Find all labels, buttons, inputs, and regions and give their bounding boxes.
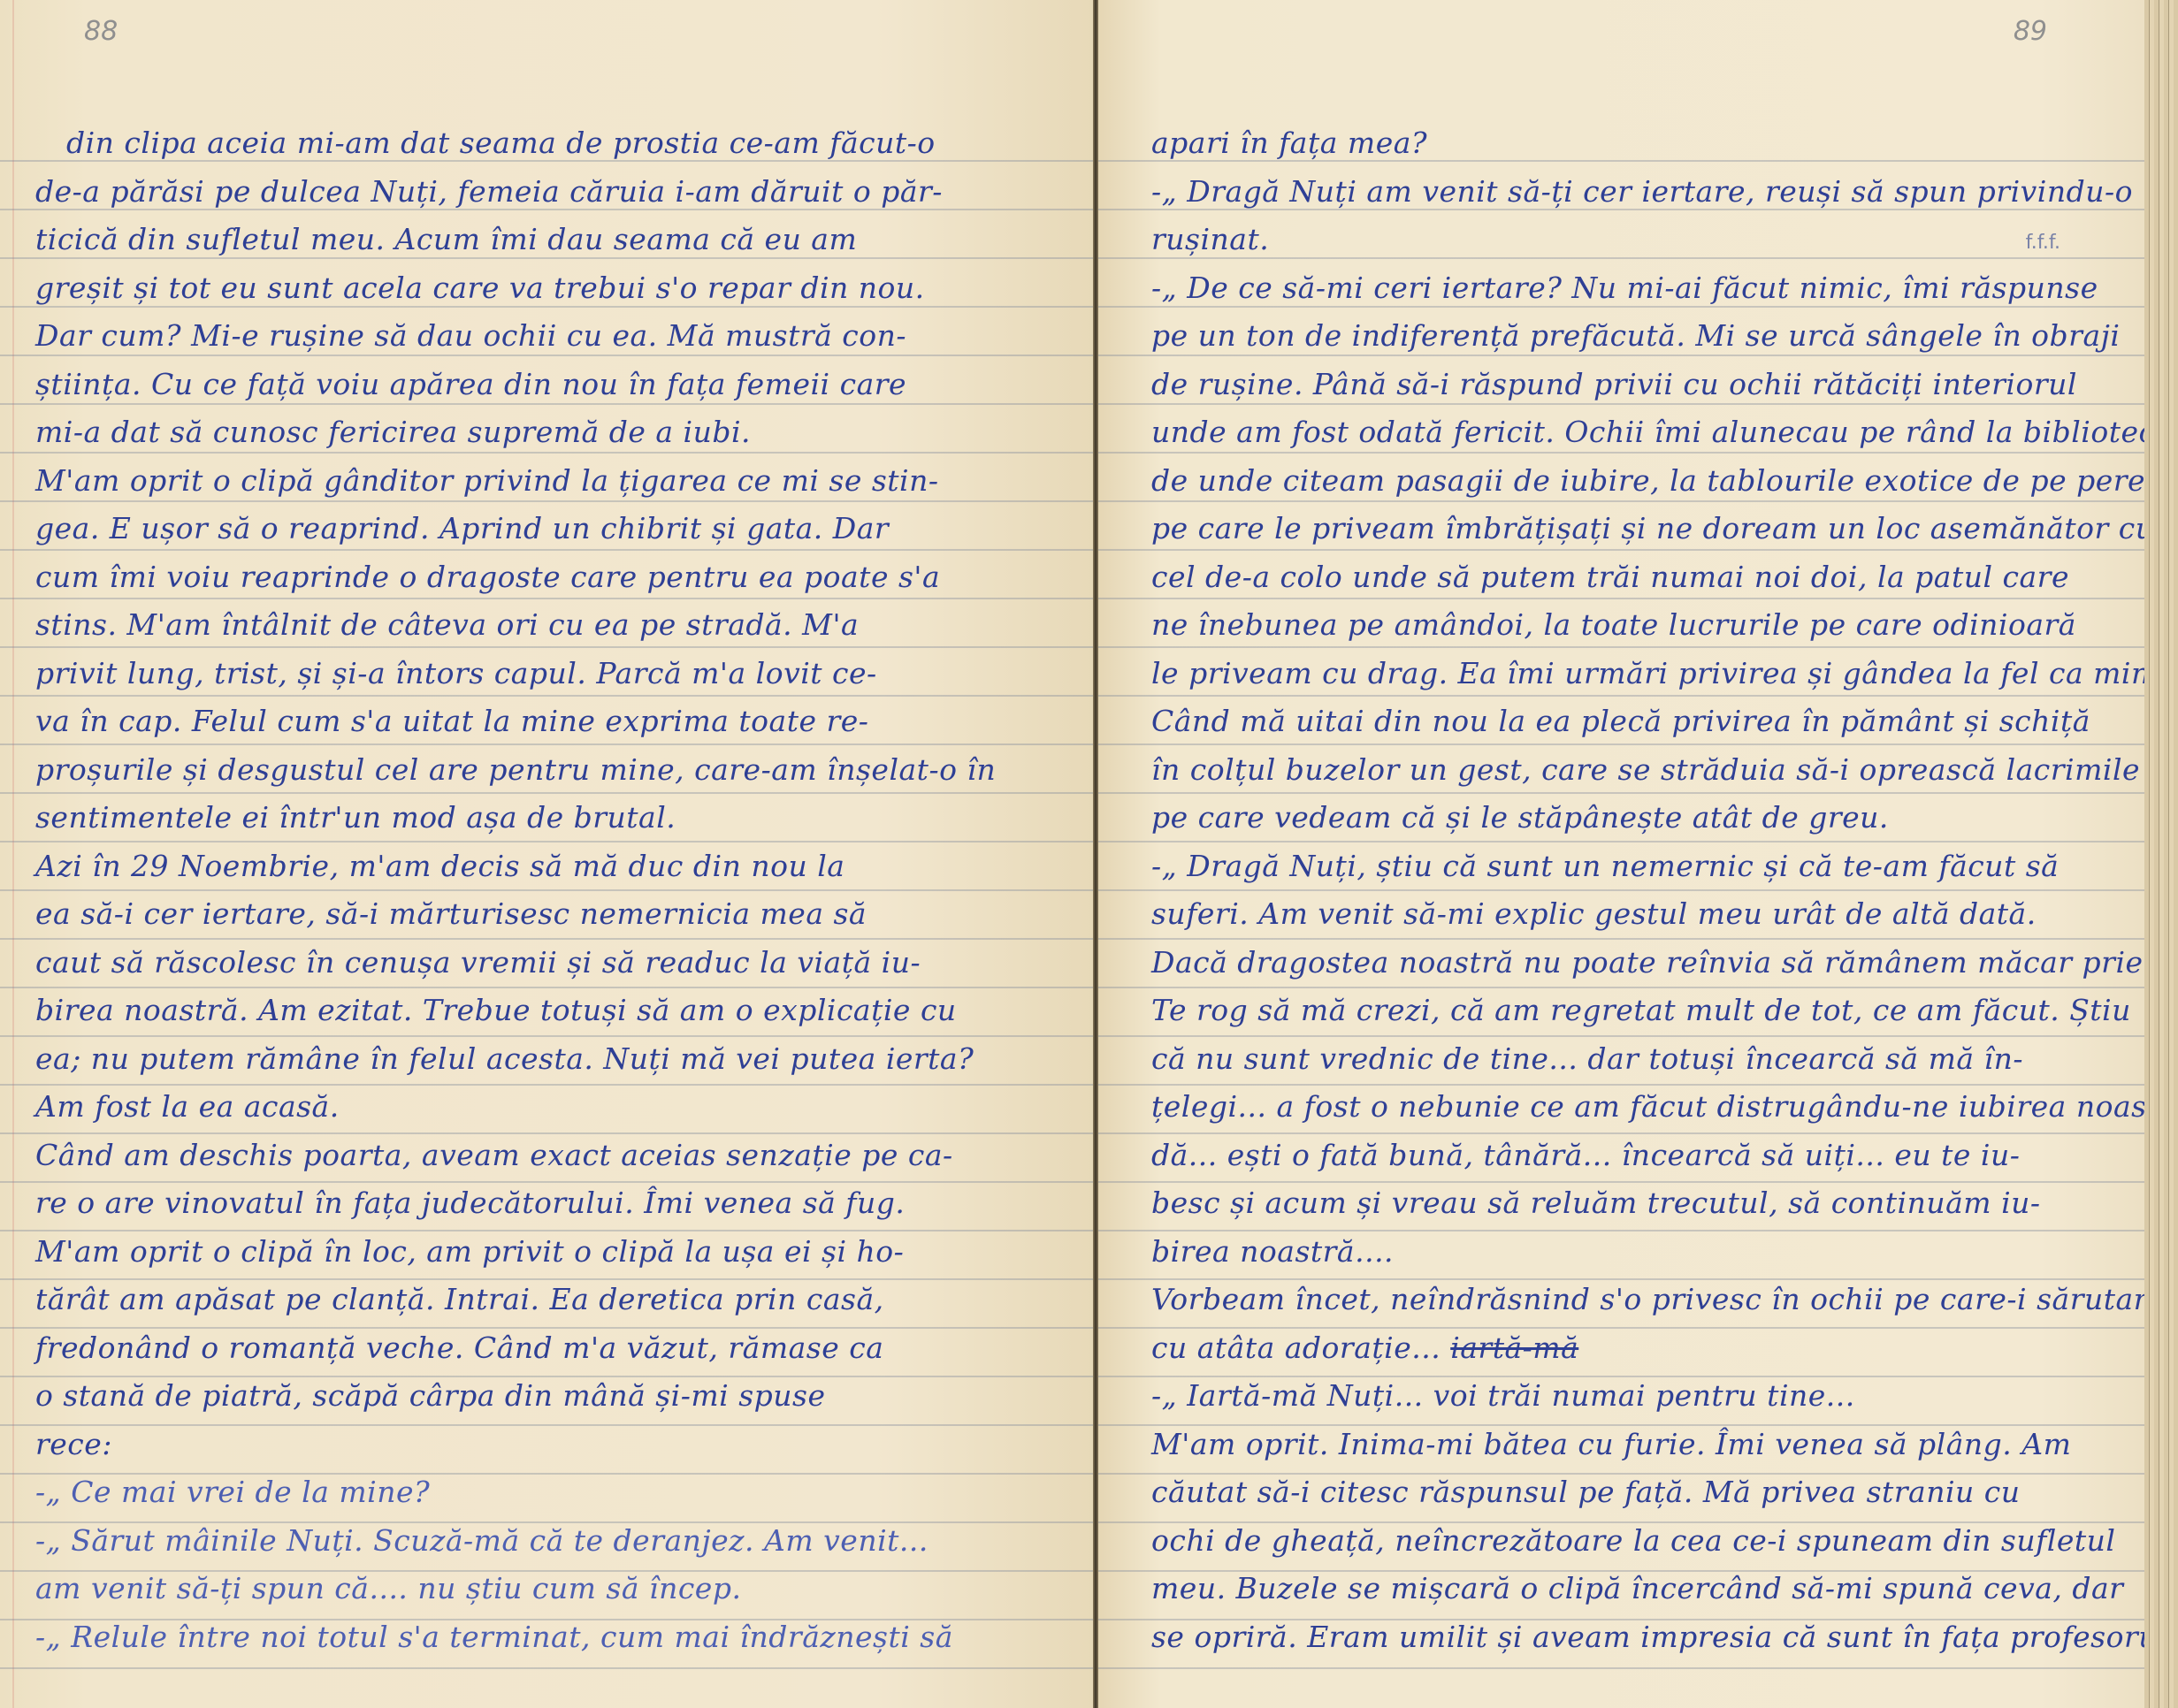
text-line: dă... ești o fată bună, tânără... încear…	[1098, 1127, 2144, 1176]
text-line: -„ Relule între noi totul s'a terminat, …	[0, 1609, 1095, 1658]
handwritten-text: apari în fața mea? -„ Dragă Nuți am veni…	[1098, 115, 2144, 1657]
text-line: gea. E ușor să o reaprind. Aprind un chi…	[0, 500, 1095, 549]
text-line: suferi. Am venit să-mi explic gestul meu…	[1098, 886, 2144, 934]
text-line: sentimentele ei într'un mod așa de bruta…	[0, 789, 1095, 838]
text-line: Dar cum? Mi-e rușine să dau ochii cu ea.…	[0, 308, 1095, 356]
text-line: cel de-a colo unde să putem trăi numai n…	[1098, 549, 2144, 598]
text-line: ochi de gheață, neîncrezătoare la cea ce…	[1098, 1513, 2144, 1561]
text-line: de unde citeam pasagii de iubire, la tab…	[1098, 453, 2144, 501]
text-line: căutat să-i citesc răspunsul pe față. Mă…	[1098, 1464, 2144, 1513]
text-line: -„ Ce mai vrei de la mine?	[0, 1464, 1095, 1513]
text-segment: cu atâta adorație...	[1151, 1331, 1441, 1365]
text-line: cum îmi voiu reaprinde o dragoste care p…	[0, 549, 1095, 598]
text-line: birea noastră. Am ezitat. Trebue totuși …	[0, 982, 1095, 1031]
text-line: pe un ton de indiferență prefăcută. Mi s…	[1098, 308, 2144, 356]
text-line: țelegi... a fost o nebunie ce am făcut d…	[1098, 1079, 2144, 1127]
text-line: M'am oprit o clipă în loc, am privit o c…	[0, 1224, 1095, 1272]
handwritten-text: din clipa aceia mi-am dat seama de prost…	[0, 115, 1095, 1657]
text-line: Azi în 29 Noembrie, m'am decis să mă duc…	[0, 838, 1095, 887]
text-line: fredonând o romanță veche. Când m'a văzu…	[0, 1320, 1095, 1369]
struck-text: iartă-mă	[1450, 1331, 1578, 1365]
text-line: o stană de piatră, scăpă cârpa din mână …	[0, 1368, 1095, 1416]
text-line: ticică din sufletul meu. Acum îmi dau se…	[0, 211, 1095, 260]
text-line: știința. Cu ce față voiu apărea din nou …	[0, 356, 1095, 405]
text-line: ne înebunea pe amândoi, la toate lucruri…	[1098, 597, 2144, 645]
text-line: pe care le priveam îmbrățișați și ne dor…	[1098, 500, 2144, 549]
text-line: -„ Dragă Nuți, știu că sunt un nemernic …	[1098, 838, 2144, 887]
text-line: se opriră. Eram umilit și aveam impresia…	[1098, 1609, 2144, 1658]
text-line: unde am fost odată fericit. Ochii îmi al…	[1098, 404, 2144, 453]
text-line: M'am oprit o clipă gânditor privind la ț…	[0, 453, 1095, 501]
text-line: privit lung, trist, și și-a întors capul…	[0, 645, 1095, 694]
text-line: -„ Sărut mâinile Nuți. Scuză-mă că te de…	[0, 1513, 1095, 1561]
page-number: 89	[2014, 16, 2047, 47]
text-line: de rușine. Până să-i răspund privii cu o…	[1098, 356, 2144, 405]
text-line: că nu sunt vrednic de tine... dar totuși…	[1098, 1031, 2144, 1079]
text-line: apari în fața mea?	[1098, 115, 2144, 164]
text-line: mi-a dat să cunosc fericirea supremă de …	[0, 404, 1095, 453]
text-line: caut să răscolesc în cenușa vremii și să…	[0, 934, 1095, 983]
text-line: -„ De ce să-mi ceri iertare? Nu mi-ai fă…	[1098, 260, 2144, 309]
left-page: 88 din clipa aceia mi-am dat seama de pr…	[0, 0, 1095, 1708]
text-line: de-a părăsi pe dulcea Nuți, femeia cărui…	[0, 164, 1095, 212]
text-line: Când am deschis poarta, aveam exact acei…	[0, 1127, 1095, 1176]
text-line: din clipa aceia mi-am dat seama de prost…	[0, 115, 1095, 164]
text-line: proșurile și desgustul cel are pentru mi…	[0, 742, 1095, 790]
text-line: -„ Iartă-mă Nuți... voi trăi numai pentr…	[1098, 1368, 2144, 1416]
text-line: le priveam cu drag. Ea îmi urmări privir…	[1098, 645, 2144, 694]
right-page: 89 f.f.f. apari în fața mea? -„ Dragă Nu…	[1098, 0, 2144, 1708]
text-line: în colțul buzelor un gest, care se străd…	[1098, 742, 2144, 790]
text-line: stins. M'am întâlnit de câteva ori cu ea…	[0, 597, 1095, 645]
text-line: M'am oprit. Inima-mi bătea cu furie. Îmi…	[1098, 1416, 2144, 1465]
text-line: -„ Dragă Nuți am venit să-ți cer iertare…	[1098, 164, 2144, 212]
stacked-page-edges	[2144, 0, 2178, 1708]
text-line: greșit și tot eu sunt acela care va treb…	[0, 260, 1095, 309]
text-line: am venit să-ți spun că.... nu știu cum s…	[0, 1560, 1095, 1609]
text-line: Dacă dragostea noastră nu poate reînvia …	[1098, 934, 2144, 983]
text-line: meu. Buzele se mișcară o clipă încercând…	[1098, 1560, 2144, 1609]
text-line: tărât am apăsat pe clanță. Intrai. Ea de…	[0, 1271, 1095, 1320]
text-line: besc și acum și vreau să reluăm trecutul…	[1098, 1175, 2144, 1224]
text-line: rușinat.	[1098, 211, 2144, 260]
text-line: re o are vinovatul în fața judecătorului…	[0, 1175, 1095, 1224]
page-number: 88	[84, 16, 118, 47]
text-line: rece:	[0, 1416, 1095, 1465]
text-line: birea noastră....	[1098, 1224, 2144, 1272]
text-line: va în cap. Felul cum s'a uitat la mine e…	[0, 693, 1095, 742]
text-line: ea să-i cer iertare, să-i mărturisesc ne…	[0, 886, 1095, 934]
text-line: ea; nu putem rămâne în felul acesta. Nuț…	[0, 1031, 1095, 1079]
text-line: Am fost la ea acasă.	[0, 1079, 1095, 1127]
text-line: cu atâta adorație... iartă-mă	[1098, 1320, 2144, 1369]
text-line: Când mă uitai din nou la ea plecă privir…	[1098, 693, 2144, 742]
notebook-spread: 88 din clipa aceia mi-am dat seama de pr…	[0, 0, 2178, 1708]
text-line: Vorbeam încet, neîndrăsnind s'o privesc …	[1098, 1271, 2144, 1320]
text-line: Te rog să mă crezi, că am regretat mult …	[1098, 982, 2144, 1031]
text-line: pe care vedeam că și le stăpânește atât …	[1098, 789, 2144, 838]
